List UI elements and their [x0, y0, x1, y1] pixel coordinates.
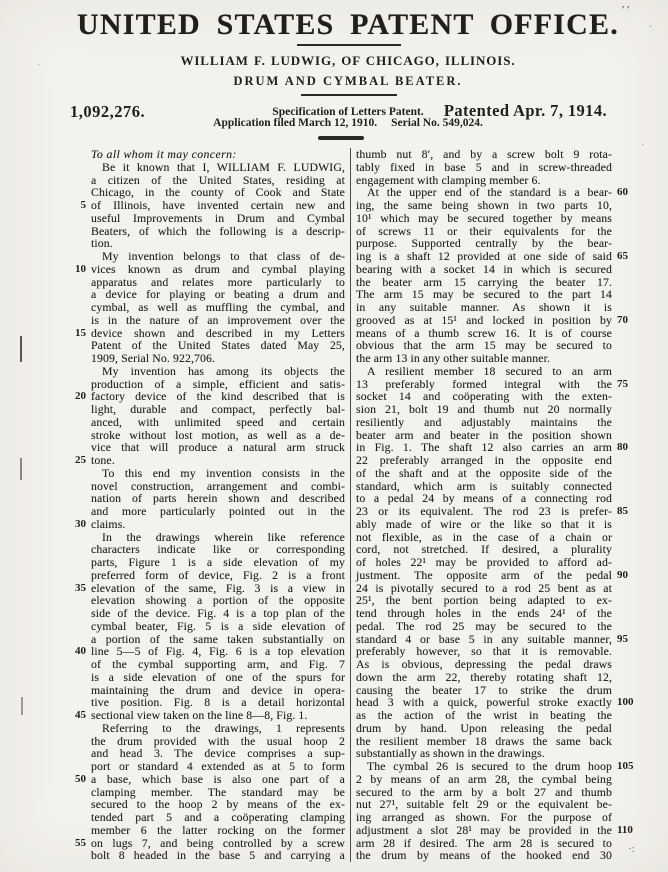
text-line: My invention has among its objects the — [91, 365, 345, 378]
text-line: preferred form of device, Fig. 2 is a fr… — [91, 569, 345, 582]
text-line: ably made of wire or the like so that it… — [356, 518, 612, 531]
text-line: 22 preferably arranged in the opposite e… — [356, 454, 612, 467]
line-number: 15 — [56, 327, 86, 340]
text-line: adjustment a slot 28¹ may be provided in… — [356, 824, 612, 837]
text-line: the arm 13 in any other suitable manner. — [356, 352, 612, 365]
text-line: down the arm 22, thereby rotating shaft … — [356, 671, 612, 684]
line-number: 25 — [56, 454, 86, 467]
text-line: thumb nut 8′, and by a screw bolt 9 rota… — [356, 148, 612, 161]
line-number: 30 — [56, 518, 86, 531]
text-line: useful Improvements in Drum and Cymbal — [91, 212, 345, 225]
text-line: Referring to the drawings, 1 represents — [91, 722, 345, 735]
text-line: of the shaft and at the opposite side of… — [356, 467, 612, 480]
line-number: 75 — [617, 378, 647, 391]
left-text-column: To all whom it may concern:Be it known t… — [91, 148, 345, 862]
text-line: tend through holes in the ends 24¹ of th… — [356, 607, 612, 620]
text-line: drum by hand. Upon releasing the pedal — [356, 722, 612, 735]
text-line: To this end my invention consists in the — [91, 467, 345, 480]
line-number: 20 — [56, 390, 86, 403]
title-rule — [301, 94, 397, 96]
page-title: UNITED STATES PATENT OFFICE. — [14, 9, 668, 41]
text-line: 2 by means of an arm 28, the cymbal bein… — [356, 773, 612, 786]
scan-artifact — [20, 458, 22, 480]
text-line: grooved as at 15¹ and locked in position… — [356, 314, 612, 327]
line-number: 70 — [617, 314, 647, 327]
line-number: 60 — [617, 186, 647, 199]
left-line-numbers: 510152025303540455055 — [56, 148, 86, 863]
text-line: A resilient member 18 secured to an arm — [356, 365, 612, 378]
text-line: As is obvious, depressing the pedal draw… — [356, 658, 612, 671]
text-line: ing arranged as shown. For the purpose o… — [356, 811, 612, 824]
right-text-column: thumb nut 8′, and by a screw bolt 9 rota… — [356, 148, 612, 862]
text-line: cymbal, as well as muffling the cymbal, … — [91, 301, 345, 314]
text-line: bearing with a socket 14 in which is sec… — [356, 263, 612, 276]
text-line: is in the nature of an improvement over … — [91, 314, 345, 327]
line-number: 45 — [56, 709, 86, 722]
line-number: 100 — [617, 696, 647, 709]
text-line: parts, Figure 1 is a side elevation of m… — [91, 556, 345, 569]
scan-artifact — [20, 336, 22, 362]
text-line: pedal. The rod 25 may be secured to the — [356, 620, 612, 633]
line-number: 10 — [56, 263, 86, 276]
line-number: 95 — [617, 633, 647, 646]
text-line: claims. — [91, 518, 345, 531]
text-line: as the action of the wrist in beating th… — [356, 709, 612, 722]
text-line: resiliently and adjustably maintains the — [356, 416, 612, 429]
text-line: tended part 5 and a coöperating clamping — [91, 811, 345, 824]
text-line: 23 or its equivalent. The rod 23 is pref… — [356, 505, 612, 518]
invention-title: DRUM AND CYMBAL BEATER. — [14, 74, 668, 89]
section-rule — [318, 136, 364, 140]
text-line: My invention belongs to that class of de… — [91, 250, 345, 263]
line-number: 80 — [617, 441, 647, 454]
text-line: cymbal beater, Fig. 5 is a side elevatio… — [91, 620, 345, 633]
text-line: port or standard 4 extended as at 5 to f… — [91, 760, 345, 773]
text-line: a base, which base is also one part of a — [91, 773, 345, 786]
line-number: 50 — [56, 773, 86, 786]
patent-page: UNITED STATES PATENT OFFICE. WILLIAM F. … — [0, 0, 668, 872]
text-line: sion 21, bolt 19 and thumb nut 20 normal… — [356, 403, 612, 416]
serial-number: Serial No. 549,024. — [391, 117, 483, 129]
text-line: and more particularly pointed out in the — [91, 505, 345, 518]
text-line: justment. The opposite arm of the pedal — [356, 569, 612, 582]
text-line: sectional view taken on the line 8—8, Fi… — [91, 709, 345, 722]
line-number: 105 — [617, 760, 647, 773]
text-line: Be it known that I, WILLIAM F. LUDWIG, — [91, 161, 345, 174]
text-line: vices known as drum and cymbal playing — [91, 263, 345, 276]
application-line: Application filed March 12, 1910.Serial … — [14, 117, 668, 129]
line-number: 55 — [56, 837, 86, 850]
text-line: of holes 22¹ may be provided to afford a… — [356, 556, 612, 569]
text-line: the drum by means of the hooked end 30 — [356, 849, 612, 862]
text-line: of the cymbal supporting arm, and Fig. 7 — [91, 658, 345, 671]
inventor-line: WILLIAM F. LUDWIG, OF CHICAGO, ILLINOIS. — [14, 53, 668, 69]
text-line: ing is a shaft 12 provided at one side o… — [356, 250, 612, 263]
text-line: anced, with unlimited speed and certain — [91, 416, 345, 429]
line-number: 35 — [56, 582, 86, 595]
masthead-rule — [297, 44, 401, 46]
text-line: bolt 8 headed in the base 5 and carrying… — [91, 849, 345, 862]
text-line: ing, the same being shown in two parts 1… — [356, 199, 612, 212]
line-number: 85 — [617, 505, 647, 518]
text-line: 1909, Serial No. 922,706. — [91, 352, 345, 365]
text-line: light, durable and compact, perfectly ba… — [91, 403, 345, 416]
right-line-numbers: 6065707580859095100105110 — [617, 148, 647, 863]
line-number: 5 — [56, 199, 86, 212]
text-line: vice that will produce a natural arm str… — [91, 441, 345, 454]
line-number: 110 — [617, 824, 647, 837]
text-line: in any suitable manner. As shown it is — [356, 301, 612, 314]
line-number: 90 — [617, 569, 647, 582]
text-line: member 6 the latter rocking on the forme… — [91, 824, 345, 837]
text-line: Beaters, of which the following is a des… — [91, 225, 345, 238]
text-line: The cymbal 26 is secured to the drum hoo… — [356, 760, 612, 773]
text-line: is a side elevation of one of the spurs … — [91, 671, 345, 684]
text-line: To all whom it may concern: — [91, 148, 345, 161]
text-line: 10¹ which may be secured together by mea… — [356, 212, 612, 225]
scan-artifact — [21, 697, 23, 715]
line-number: 40 — [56, 645, 86, 658]
text-line: tably fixed in base 5 and in screw-threa… — [356, 161, 612, 174]
column-divider — [350, 148, 351, 862]
text-line: tone. — [91, 454, 345, 467]
text-line: side of the device. Fig. 4 is a top plan… — [91, 607, 345, 620]
text-line: of Illinois, have invented certain new a… — [91, 199, 345, 212]
line-number: 65 — [617, 250, 647, 263]
application-filed: Application filed March 12, 1910. — [213, 117, 377, 129]
